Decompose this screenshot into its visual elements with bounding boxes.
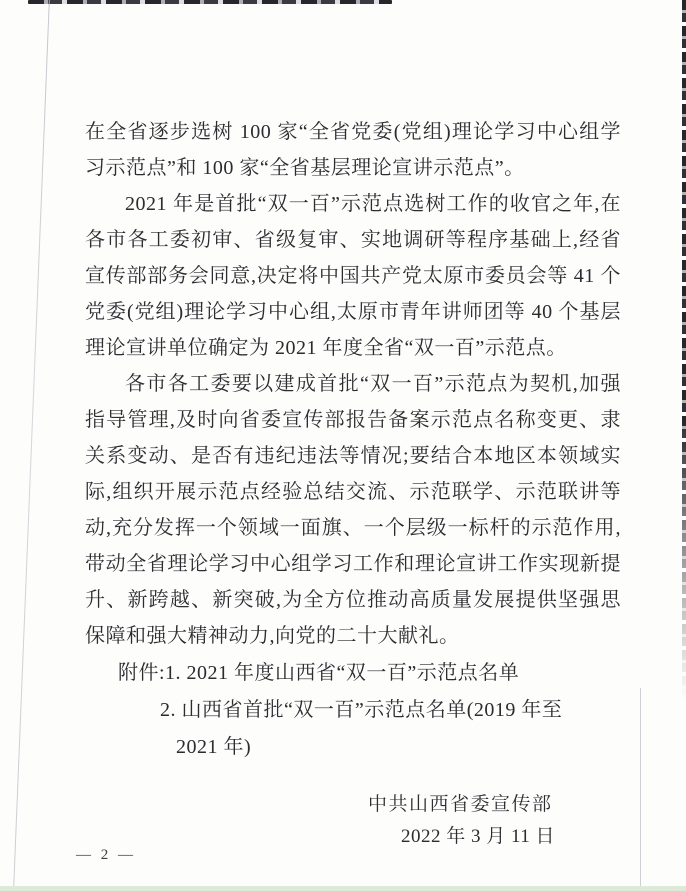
body-line: 在全省逐步选树 100 家“全省党委(党组)理论学习中心组学 <box>85 114 621 150</box>
attachment-line: 2. 山西省首批“双一百”示范点名单(2019 年至 <box>118 692 598 729</box>
body-line: 党委(党组)理论学习中心组,太原市青年讲师团等 40 个基层 <box>85 294 621 330</box>
scan-fold-line <box>13 0 50 891</box>
body-line: 动,充分发挥一个领域一面旗、一个层级一标杆的示范作用, <box>85 510 621 546</box>
scan-page-edge-shadow <box>640 688 641 891</box>
signature-org: 中共山西省委宣传部 <box>368 789 544 816</box>
body-line: 指导管理,及时向省委宣传部报告备案示范点名称变更、隶属 <box>85 402 621 438</box>
body-line: 2021 年是首批“双一百”示范点选树工作的收官之年,在 <box>85 186 621 222</box>
body-line: 保障和强大精神动力,向党的二十大献礼。 <box>85 618 621 654</box>
page-number: — 2 — <box>76 847 136 864</box>
document-body: 在全省逐步选树 100 家“全省党委(党组)理论学习中心组学习示范点”和 100… <box>85 114 621 654</box>
attachment-line: 附件:1. 2021 年度山西省“双一百”示范点名单 <box>118 655 598 692</box>
body-line: 带动全省理论学习中心组学习工作和理论宣讲工作实现新提 <box>85 546 621 582</box>
scanned-document-page: 在全省逐步选树 100 家“全省党委(党组)理论学习中心组学习示范点”和 100… <box>0 0 686 891</box>
attachment-line: 2021 年) <box>118 729 598 766</box>
signature-date: 2022 年 3 月 11 日 <box>401 821 551 848</box>
body-line: 升、新跨越、新突破,为全方位推动高质量发展提供坚强思想 <box>85 582 621 618</box>
scan-artifact-top-edge <box>28 0 392 4</box>
scan-artifact-bottom-edge <box>0 886 686 891</box>
body-line: 各市各工委要以建成首批“双一百”示范点为契机,加强 <box>85 366 621 402</box>
body-line: 各市各工委初审、省级复审、实地调研等程序基础上,经省委 <box>85 222 621 258</box>
body-line: 习示范点”和 100 家“全省基层理论宣讲示范点”。 <box>85 150 621 186</box>
body-line: 关系变动、是否有违纪违法等情况;要结合本地区本领域实 <box>85 438 621 474</box>
body-line: 际,组织开展示范点经验总结交流、示范联学、示范联讲等活 <box>85 474 621 510</box>
scan-artifact-right-edge <box>682 0 686 700</box>
attachment-list: 附件:1. 2021 年度山西省“双一百”示范点名单2. 山西省首批“双一百”示… <box>118 655 598 766</box>
body-line: 理论宣讲单位确定为 2021 年度全省“双一百”示范点。 <box>85 330 621 366</box>
body-line: 宣传部部务会同意,决定将中国共产党太原市委员会等 41 个 <box>85 258 621 294</box>
